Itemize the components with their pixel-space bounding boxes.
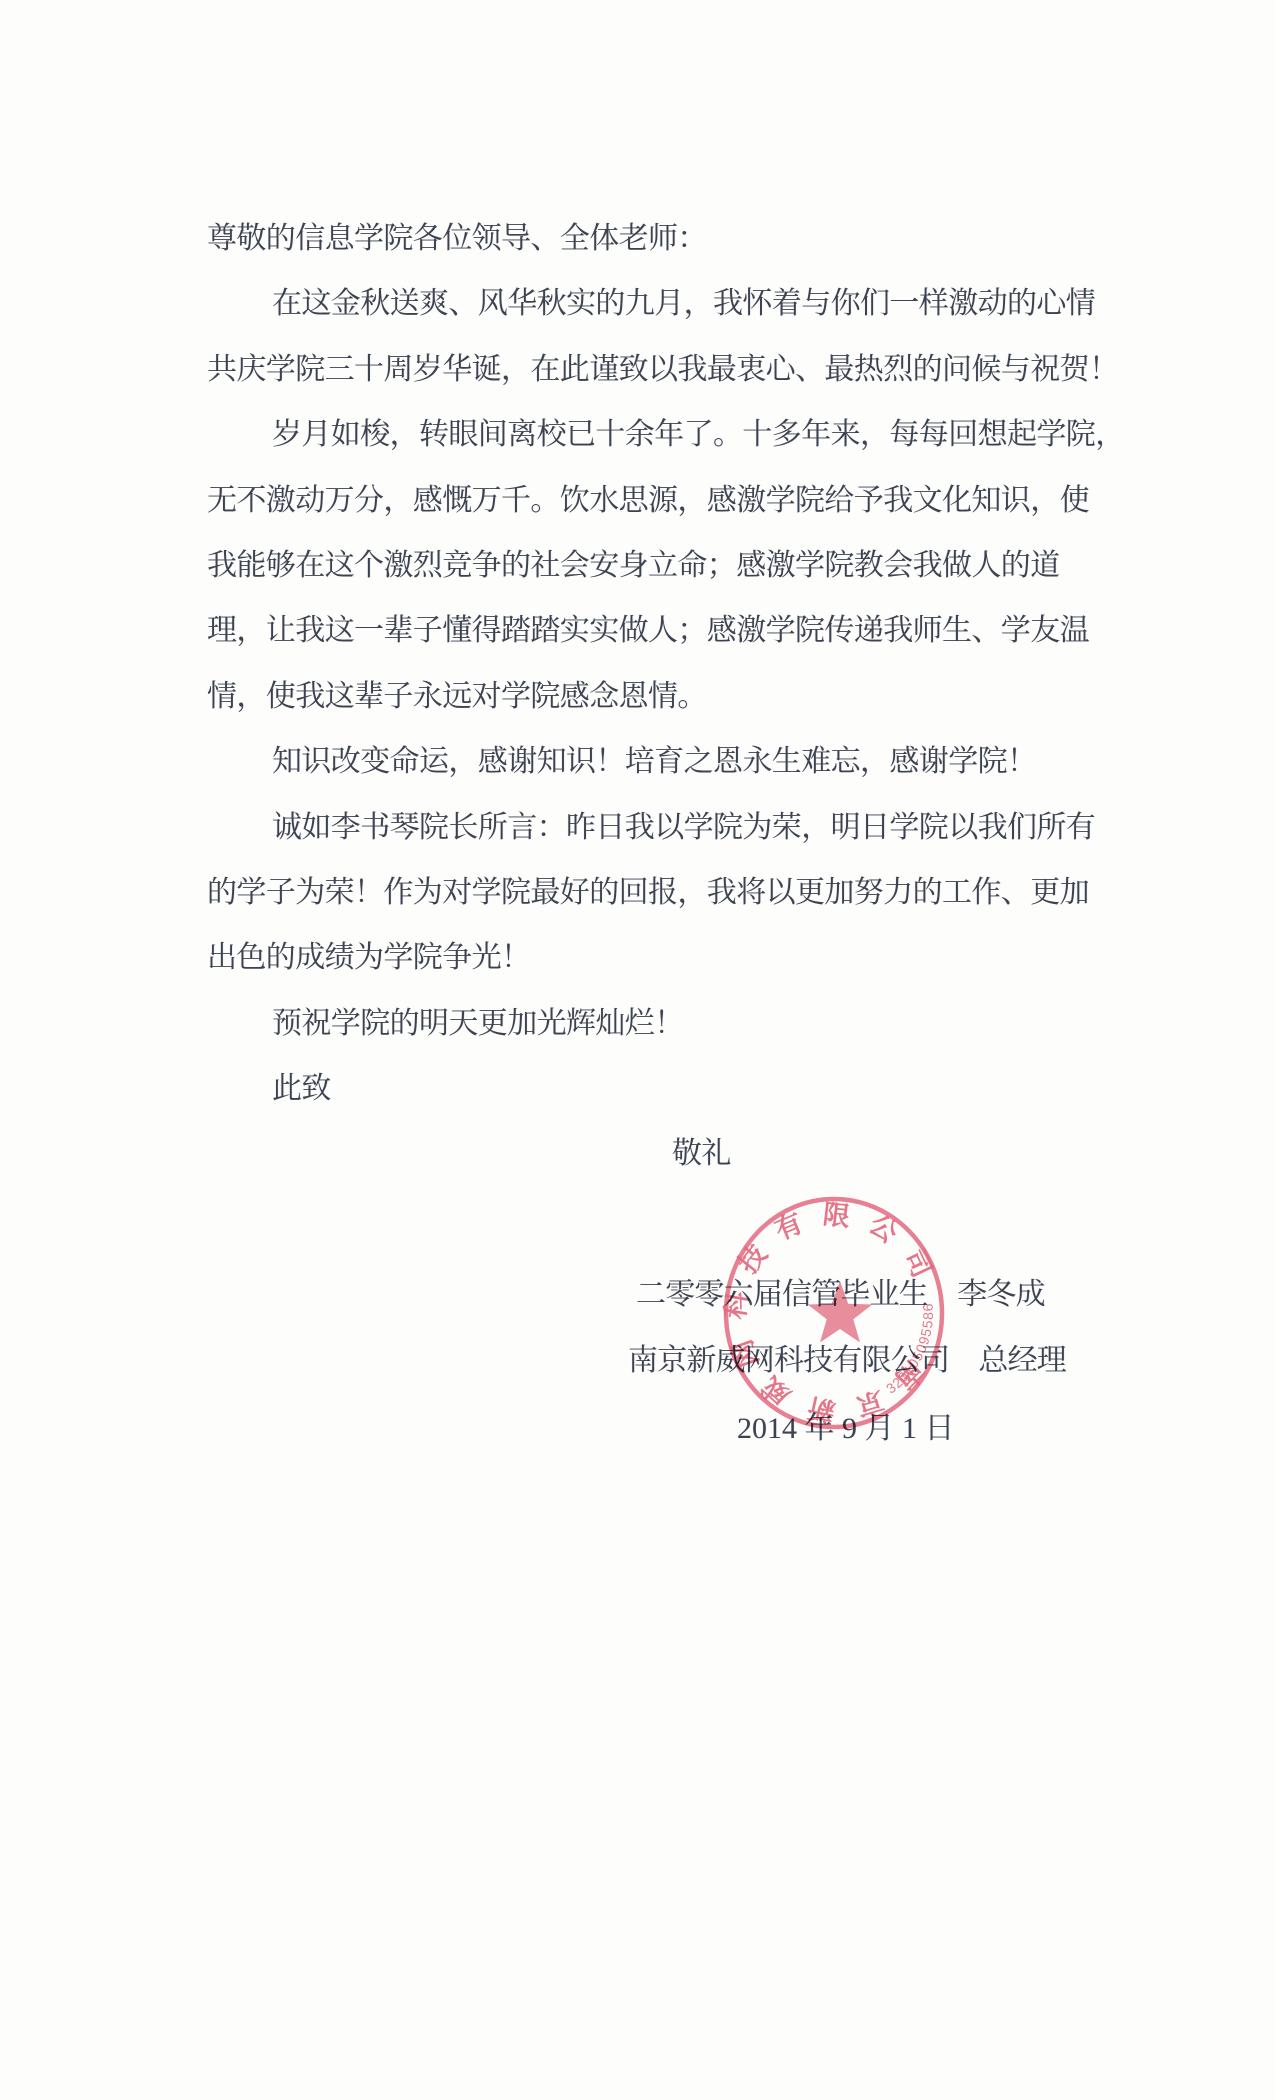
letter-line: 的学子为荣！作为对学院最好的回报，我将以更加努力的工作、更加 — [207, 860, 1107, 925]
letter-line: 出色的成绩为学院争光！ — [207, 925, 1107, 990]
letter-line: 无不激动万分，感慨万千。饮水思源，感激学院给予我文化知识，使 — [207, 468, 1107, 533]
company-seal-stamp: 南京新威网科技有限公司 320105095586 — [722, 1196, 946, 1434]
letter-line: 在这金秋送爽、风华秋实的九月，我怀着与你们一样激动的心情 — [207, 271, 1107, 336]
letter-body: 尊敬的信息学院各位领导、全体老师： 在这金秋送爽、风华秋实的九月，我怀着与你们一… — [207, 206, 1107, 1187]
letter-line: 理，让我这一辈子懂得踏踏实实做人；感激学院传递我师生、学友温 — [207, 598, 1107, 663]
letter-line: 预祝学院的明天更加光辉灿烂！ — [207, 991, 1107, 1056]
salutation-line: 尊敬的信息学院各位领导、全体老师： — [207, 206, 1107, 271]
letter-line: 共庆学院三十周岁华诞，在此谨致以我最衷心、最热烈的问候与祝贺！ — [207, 337, 1107, 402]
letter-line: 诚如李书琴院长所言：昨日我以学院为荣，明日学院以我们所有 — [207, 795, 1107, 860]
letter-line: 情，使我这辈子永远对学院感念恩情。 — [207, 664, 1107, 729]
closing-jingli: 敬礼 — [207, 1121, 1107, 1186]
seal-star-icon — [808, 1281, 873, 1343]
scanned-letter-page: 尊敬的信息学院各位领导、全体老师： 在这金秋送爽、风华秋实的九月，我怀着与你们一… — [0, 0, 1275, 2100]
letter-line: 知识改变命运，感谢知识！培育之恩永生难忘，感谢学院！ — [207, 729, 1107, 794]
letter-line: 我能够在这个激烈竞争的社会安身立命；感激学院教会我做人的道 — [207, 533, 1107, 598]
closing-cizhi: 此致 — [207, 1056, 1107, 1121]
letter-line: 岁月如梭，转眼间离校已十余年了。十多年来，每每回想起学院， — [207, 402, 1107, 467]
